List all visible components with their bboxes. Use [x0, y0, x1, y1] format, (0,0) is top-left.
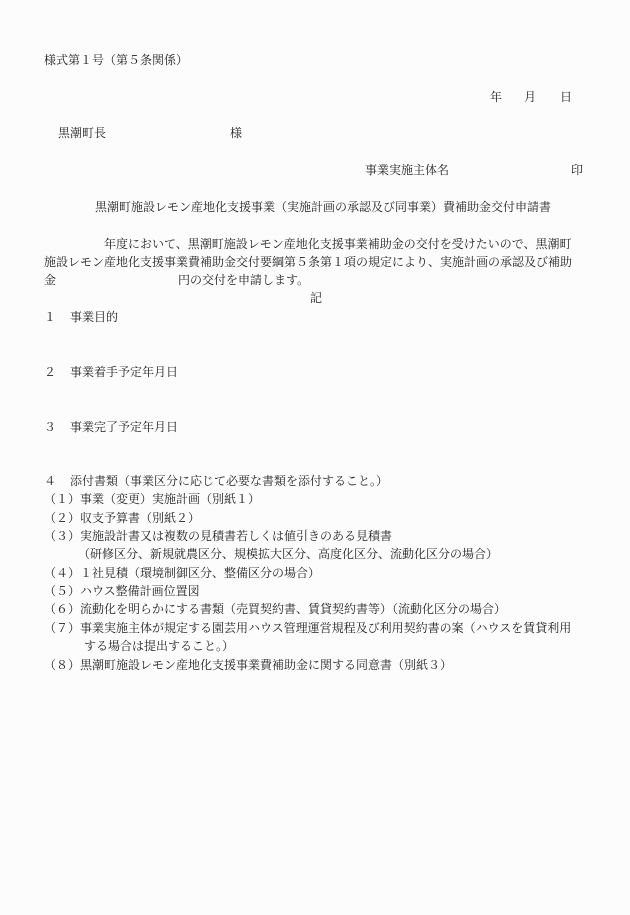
body-line-3-suffix: 円の交付を申請します。: [178, 273, 309, 287]
attachment-item: （４）１社見積（環境制御区分、整備区分の場合）: [44, 565, 320, 581]
form-number: 様式第１号（第５条関係）: [44, 52, 188, 68]
document-title: 黒潮町施設レモン産地化支援事業（実施計画の承認及び同事業）費補助金交付申請書: [95, 199, 551, 215]
application-date: 年月日: [490, 89, 572, 105]
section-label: 事業目的: [70, 310, 118, 324]
section-number: １: [44, 309, 70, 325]
addressee: 黒潮町長 様: [58, 125, 106, 141]
section-number: ４: [44, 473, 70, 489]
body-line-1-text: 年度において、黒潮町施設レモン産地化支援事業補助金の交付を受けたいので、黒潮町: [104, 237, 572, 251]
addressee-name: 黒潮町長: [58, 126, 106, 140]
body-line-3-prefix: 金: [44, 273, 56, 287]
ki-heading: 記: [310, 290, 322, 306]
section-purpose: １事業目的: [44, 309, 118, 325]
attachment-item: （１）事業（変更）実施計画（別紙１）: [44, 491, 260, 507]
attachment-item: （６）流動化を明らかにする書類（売買契約書、賃貸契約書等）（流動化区分の場合）: [44, 601, 506, 617]
section-label: 事業完了予定年月日: [70, 420, 178, 434]
attachment-item: （３）実施設計書又は複数の見積書若しくは値引きのある見積書: [44, 528, 392, 544]
applicant-label: 事業実施主体名: [365, 163, 449, 177]
section-label: 事業着手予定年月日: [70, 365, 178, 379]
section-number: ３: [44, 419, 70, 435]
attachment-item: （７）事業実施主体が規定する園芸用ハウス管理運営規程及び利用契約書の案（ハウスを…: [44, 620, 571, 636]
section-end-date: ３事業完了予定年月日: [44, 419, 178, 435]
body-line-1: 年度において、黒潮町施設レモン産地化支援事業補助金の交付を受けたいので、黒潮町: [44, 236, 572, 252]
date-year-label: 年: [490, 89, 502, 105]
section-number: ２: [44, 364, 70, 380]
attachment-item: （２）収支予算書（別紙２）: [44, 510, 200, 526]
addressee-honorific: 様: [230, 125, 242, 141]
attachment-item: （８）黒潮町施設レモン産地化支援事業費補助金に関する同意書（別紙３）: [44, 657, 452, 673]
body-line-2: 施設レモン産地化支援事業費補助金交付要綱第５条第１項の規定により、実施計画の承認…: [44, 254, 572, 270]
date-day-label: 日: [560, 89, 572, 105]
section-label: 添付書類（事業区分に応じて必要な書類を添付すること。）: [70, 474, 388, 488]
body-line-3: 金円の交付を申請します。: [44, 272, 309, 288]
seal-mark: 印: [571, 162, 583, 178]
attachment-item-continuation: する場合は提出すること。）: [84, 638, 234, 654]
attachment-item: （５）ハウス整備計画位置図: [44, 583, 200, 599]
applicant: 事業実施主体名 印: [365, 162, 449, 178]
section-start-date: ２事業着手予定年月日: [44, 364, 178, 380]
section-attachments: ４添付書類（事業区分に応じて必要な書類を添付すること。）: [44, 473, 388, 489]
attachment-item-note: （研修区分、新規就農区分、規模拡大区分、高度化区分、流動化区分の場合）: [78, 546, 498, 562]
date-month-label: 月: [524, 89, 536, 105]
